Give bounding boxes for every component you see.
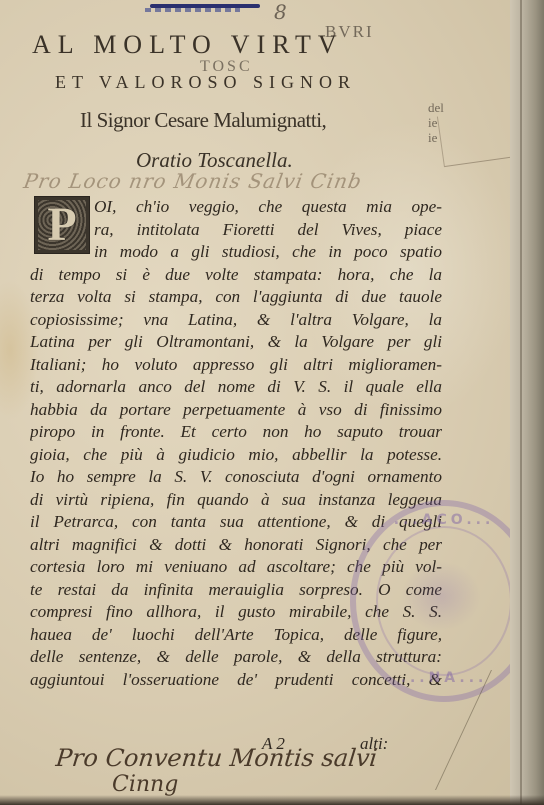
bleed-fragment: ie: [428, 115, 444, 130]
heading-line-1: AL MOLTO VIRTV: [32, 30, 344, 60]
binding-edge: [510, 0, 544, 805]
manuscript-ownership-inscription: Pro Conventu Montis salvi: [55, 744, 379, 772]
text-line: di virtù ripiena, fin quando à sua insta…: [30, 489, 442, 512]
text-line: ti, adornarla anco del nome di V. S. il …: [30, 376, 442, 399]
text-line: ra, intitolata Fioretti del Vives, piace: [30, 219, 442, 242]
dedicatee-name: Il Signor Cesare Malumignatti,: [80, 108, 326, 133]
text-line: gioia, che più à giudicio mio, abbellir …: [30, 444, 442, 467]
text-line: piropo in fronte. Et certo non ho saputo…: [30, 421, 442, 444]
text-line: habbia da portare perpetuamente à vso di…: [30, 399, 442, 422]
heading-line-2: ET VALOROSO SIGNOR: [55, 72, 356, 93]
text-line: terza volta si stampa, con l'aggiunta di…: [30, 286, 442, 309]
page-bottom-shadow: [0, 795, 544, 805]
manuscript-ownership-inscription-line-2: Cinng: [112, 772, 178, 797]
text-line: in modo a gli studiosi, che in poco spat…: [30, 241, 442, 264]
text-line: OI, ch'io veggio, che questa mia ope-: [30, 196, 442, 219]
book-page: 8 BVRI TOSC del ie ie AL MOLTO VIRTV ET …: [0, 0, 544, 805]
bleed-through-margin: del ie ie: [428, 100, 444, 145]
blue-ink-scribble-mark: [145, 8, 240, 12]
text-line: Italiani; ho voluto appresso gli altri m…: [30, 354, 442, 377]
bleed-fragment: del: [428, 100, 444, 115]
ornamental-drop-cap: P: [34, 196, 90, 254]
shelf-mark: 8: [274, 0, 287, 24]
text-line: di tempo si è due volte stampata: hora, …: [30, 264, 442, 287]
drop-cap-letter: P: [35, 197, 89, 253]
text-line: copiosissime; vna Latina, & l'altra Volg…: [30, 309, 442, 332]
stamp-text: ...ACO...: [356, 512, 532, 528]
text-line: Io ho sempre la S. V. conosciuta d'ogni …: [30, 466, 442, 489]
text-line: Latina per gli Oltramontani, & la Volgar…: [30, 331, 442, 354]
faded-manuscript-annotation: Pro Loco nro Monis Salvi Cinb: [22, 169, 364, 193]
stamp-emblem: [401, 561, 481, 631]
bleed-fragment: ie: [428, 130, 444, 145]
